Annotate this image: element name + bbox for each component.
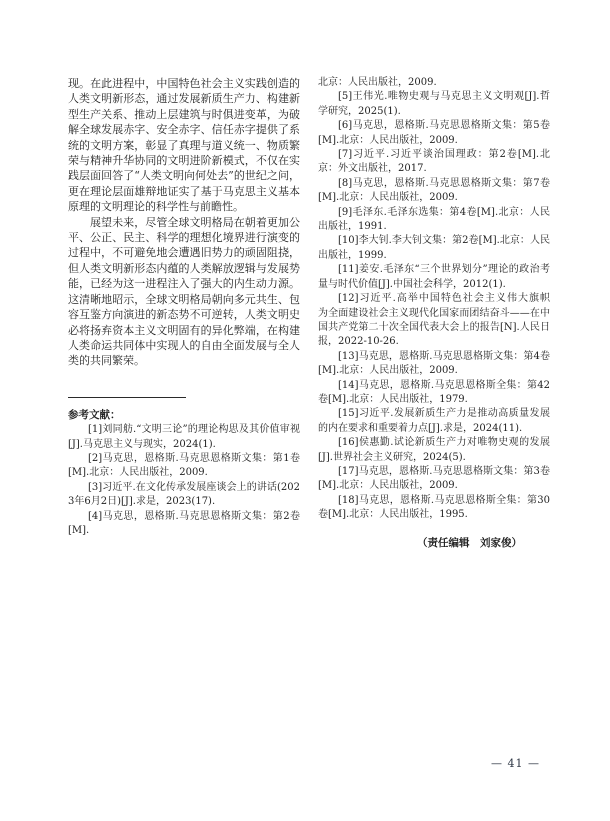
reference-item-13: [13]马克思，恩格斯.马克思恩格斯文集：第4卷[M].北京：人民出版社，200… bbox=[318, 350, 550, 379]
right-column: 北京：人民出版社，2009. [5]王伟光.唯物史观与马克思主义文明观[J].哲… bbox=[318, 76, 550, 551]
reference-item-11: [11]姜安.毛泽东“三个世界划分”理论的政治考量与时代价值[J].中国社会科学… bbox=[318, 263, 550, 292]
reference-item-4-continuation: 北京：人民出版社，2009. bbox=[318, 76, 550, 90]
reference-item-1: [1]刘同舫.“文明三论”的理论构思及其价值审视[J].马克思主义与现实，202… bbox=[68, 423, 300, 452]
journal-page: 现。在此进程中，中国特色社会主义实践创造的人类文明新形态，通过发展新质生产力、构… bbox=[0, 0, 610, 821]
reference-item-17: [17]马克思，恩格斯.马克思恩格斯文集：第3卷[M].北京：人民出版社，200… bbox=[318, 465, 550, 494]
reference-item-5: [5]王伟光.唯物史观与马克思主义文明观[J].哲学研究，2025(1). bbox=[318, 90, 550, 119]
text-columns: 现。在此进程中，中国特色社会主义实践创造的人类文明新形态，通过发展新质生产力、构… bbox=[68, 76, 550, 551]
reference-item-12: [12]习近平.高举中国特色社会主义伟大旗帜 为全面建设社会主义现代化国家而团结… bbox=[318, 292, 550, 350]
reference-item-7: [7]习近平.习近平谈治国理政：第2卷[M].北京：外文出版社，2017. bbox=[318, 148, 550, 177]
reference-item-3: [3]习近平.在文化传承发展座谈会上的讲话(2023年6月2日)[J].求是，2… bbox=[68, 481, 300, 510]
body-paragraph: 展望未来，尽管全球文明格局在朝着更加公平、公正、民主、科学的理想化境界进行演变的… bbox=[68, 215, 300, 369]
reference-item-18: [18]马克思，恩格斯.马克思恩格斯全集：第30卷[M].北京：人民出版社，19… bbox=[318, 494, 550, 523]
reference-item-9: [9]毛泽东.毛泽东选集：第4卷[M].北京：人民出版社，1991. bbox=[318, 206, 550, 235]
reference-item-6: [6]马克思，恩格斯.马克思恩格斯文集：第5卷[M].北京：人民出版社，2009… bbox=[318, 119, 550, 148]
reference-item-8: [8]马克思，恩格斯.马克思恩格斯文集：第7卷[M].北京：人民出版社，2009… bbox=[318, 177, 550, 206]
editor-note: （责任编辑 刘家俊） bbox=[318, 536, 550, 551]
references-heading: 参考文献： bbox=[68, 408, 300, 422]
reference-item-2: [2]马克思，恩格斯.马克思恩格斯文集：第1卷[M].北京：人民出版社，2009… bbox=[68, 452, 300, 481]
reference-item-16: [16]侯惠勤.试论新质生产力对唯物史观的发展[J].世界社会主义研究，2024… bbox=[318, 436, 550, 465]
reference-item-15: [15]习近平.发展新质生产力是推动高质量发展的内在要求和重要着力点[J].求是… bbox=[318, 407, 550, 436]
reference-item-4: [4]马克思，恩格斯.马克思恩格斯文集：第2卷[M]. bbox=[68, 510, 300, 539]
reference-item-14: [14]马克思，恩格斯.马克思恩格斯全集：第42卷[M].北京：人民出版社，19… bbox=[318, 379, 550, 408]
left-column: 现。在此进程中，中国特色社会主义实践创造的人类文明新形态，通过发展新质生产力、构… bbox=[68, 76, 300, 551]
page-number: — 41 — bbox=[491, 757, 540, 770]
references-separator-line bbox=[68, 397, 186, 398]
reference-item-10: [10]李大钊.李大钊文集：第2卷[M].北京：人民出版社，1999. bbox=[318, 234, 550, 263]
body-paragraph-continuation: 现。在此进程中，中国特色社会主义实践创造的人类文明新形态，通过发展新质生产力、构… bbox=[68, 76, 300, 215]
